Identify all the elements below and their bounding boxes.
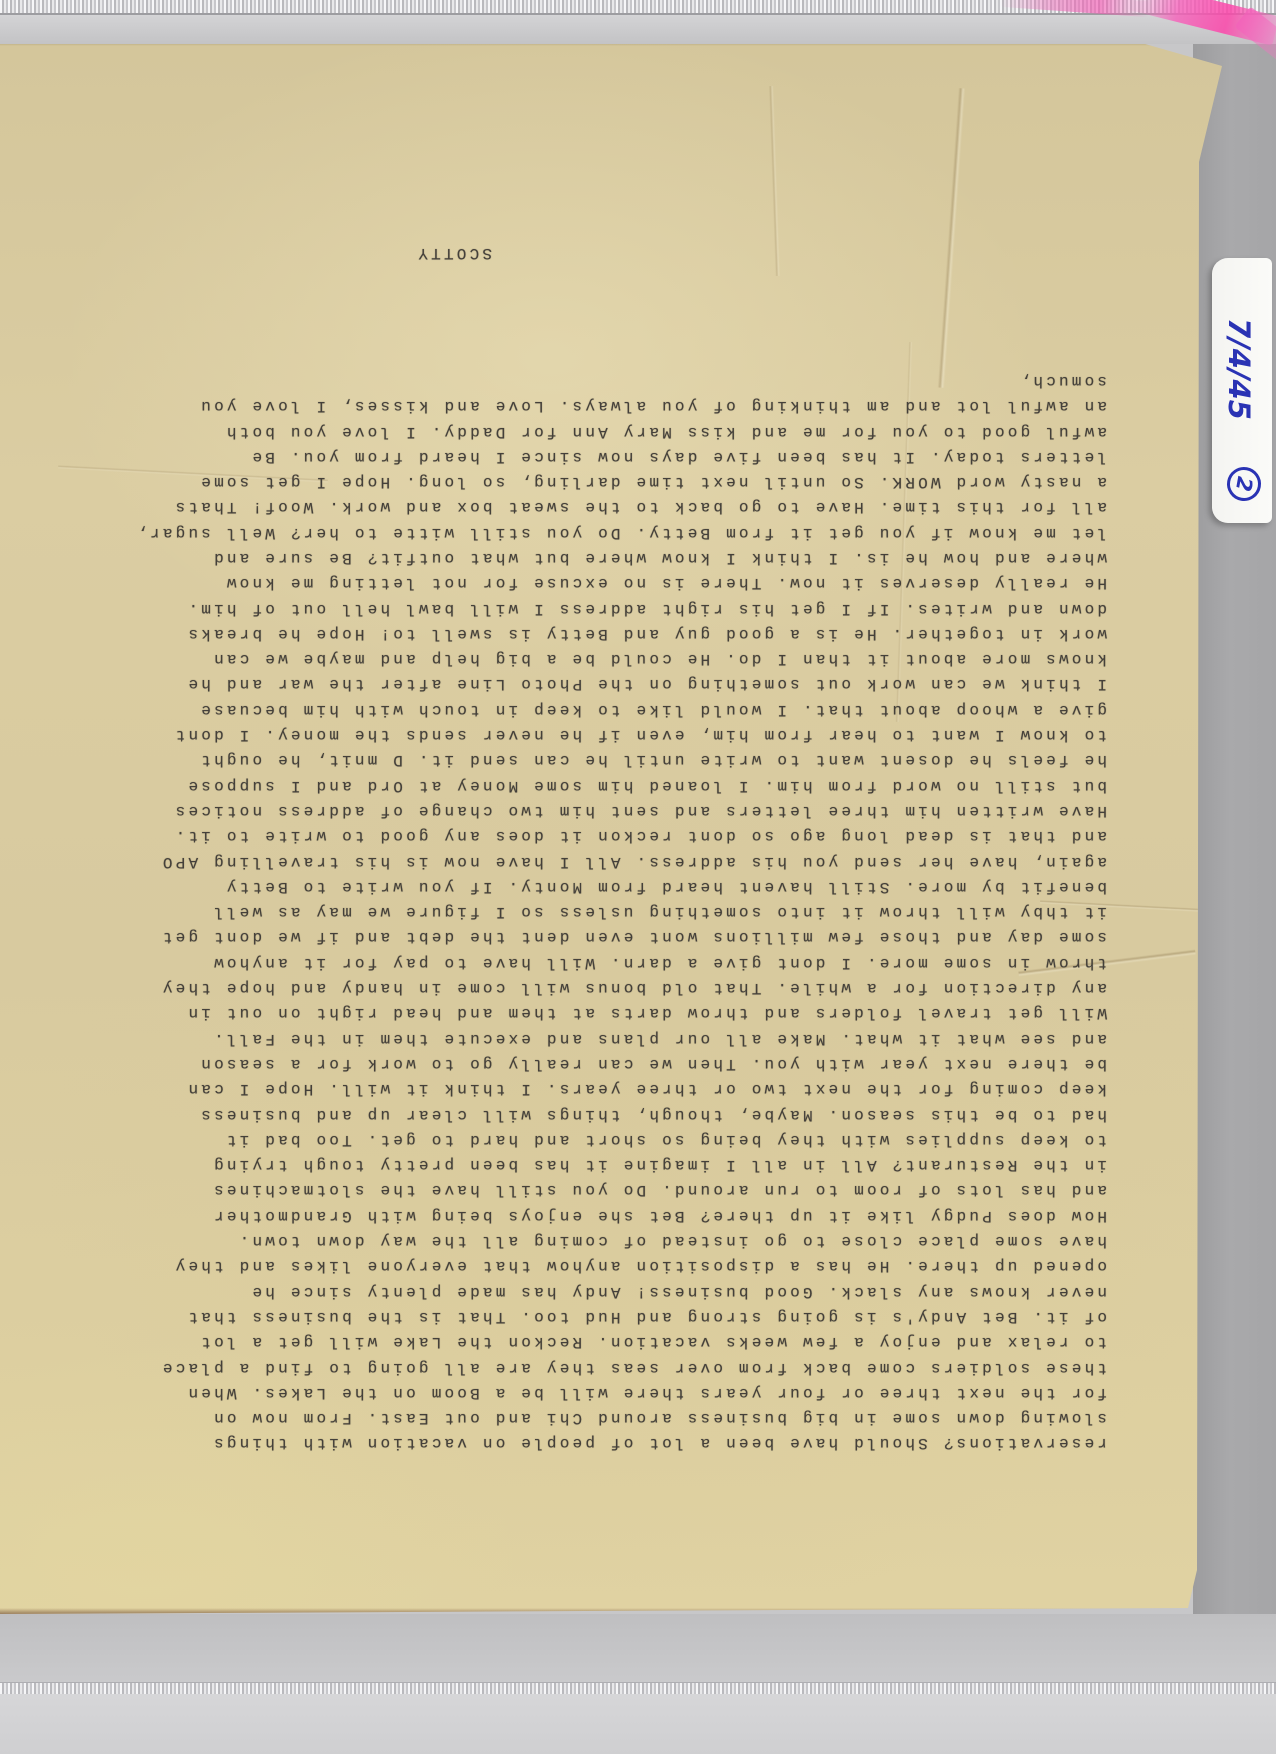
letter-line: He really deserves it now. There is no e… <box>95 570 1107 595</box>
letter-line: Have written him three letters and sent … <box>95 798 1107 823</box>
sleeve-foot <box>0 1694 1276 1754</box>
letter-line: but still no word from him. I loaned him… <box>95 772 1107 797</box>
letter-line: keep coming for the next two or three ye… <box>95 1076 1107 1101</box>
letter-line: Will get travel folders and throw darts … <box>95 1000 1107 1025</box>
letter-line: awful good to you for me and kiss Mary A… <box>95 418 1107 443</box>
letter-line: of it. Bet Andy's is going strong and Hu… <box>95 1304 1107 1329</box>
letter-lines: reservations? Should have been a lot of … <box>95 368 1107 1456</box>
letter-line: benefit by more. Still havent heard from… <box>95 874 1107 899</box>
letter-line: and see what it what. Make all our plans… <box>95 1025 1107 1050</box>
letter-line: knows more about it than I do. He could … <box>95 646 1107 671</box>
letter-line: work in together. He is a good guy and B… <box>95 621 1107 646</box>
letter-line: had to be this season. Maybe, though, th… <box>95 1101 1107 1126</box>
letter-line: an awful lot and am thinking of you alwa… <box>95 393 1107 418</box>
letter-line: to relax and enjoy a few weeks vacation.… <box>95 1329 1107 1354</box>
letter-line: and that is dead long ago so dont reckon… <box>95 823 1107 848</box>
letter-line: all for this time. Have to go back to th… <box>95 494 1107 519</box>
letter-line: let me know if you get it from Betty. Do… <box>95 519 1107 544</box>
letter-line: and has lots of room to run around. Do y… <box>95 1177 1107 1202</box>
letter-line: it thby will throw it into something usl… <box>95 899 1107 924</box>
letter-line: be there next year with you. Then we can… <box>95 1051 1107 1076</box>
letter-line: again, have her send you his address. Al… <box>95 848 1107 873</box>
letter-line: How does Pudgy like it up there? Bet she… <box>95 1202 1107 1227</box>
page-number-badge: 2 <box>1224 464 1263 503</box>
letter-line: to know I want to hear from him, even if… <box>95 722 1107 747</box>
letter-line: give a whoop about that. I would like to… <box>95 697 1107 722</box>
letter-line: where and how he is. I think I know wher… <box>95 545 1107 570</box>
letter-line: never knows any slack. Good business! An… <box>95 1278 1107 1303</box>
letter-line: reservations? Should have been a lot of … <box>95 1430 1107 1455</box>
letter-body-text: reservations? Should have been a lot of … <box>95 340 1107 1506</box>
letter-line: in the Resturant? All in all I imagine i… <box>95 1152 1107 1177</box>
letter-line: some day and those few millions wont eve… <box>95 924 1107 949</box>
letter-line: these soldiers come back from over seas … <box>95 1354 1107 1379</box>
archive-label: 7/4/45 2 <box>1212 258 1272 523</box>
letter-line: opened up there. He has a disposition an… <box>95 1253 1107 1278</box>
handwritten-date: 7/4/45 <box>1226 318 1256 418</box>
letter-line: to keep supplies with they being so shor… <box>95 1127 1107 1152</box>
letter-signature: SCOTTY <box>95 240 1107 265</box>
letter-line: somuch, <box>95 368 1107 393</box>
letter-line: a nasty word WORK. So until next time da… <box>95 469 1107 494</box>
letter-line: have some place close to go instead of c… <box>95 1228 1107 1253</box>
letter-line: any direction for a while. That old bonu… <box>95 975 1107 1000</box>
letter-line: he feels he dosent want to write until h… <box>95 747 1107 772</box>
letter-line: throw in some more. I dont give a darn. … <box>95 949 1107 974</box>
letter-line: for the next three or four years there w… <box>95 1380 1107 1405</box>
scanned-letter-in-sleeve: reservations? Should have been a lot of … <box>0 0 1276 1754</box>
letter-line: slowing down some in big business around… <box>95 1405 1107 1430</box>
letter-line: letters today. It has been five days now… <box>95 444 1107 469</box>
letter-line: down and writes. If I get his right addr… <box>95 595 1107 620</box>
letter-line: I think we can work out something on the… <box>95 671 1107 696</box>
